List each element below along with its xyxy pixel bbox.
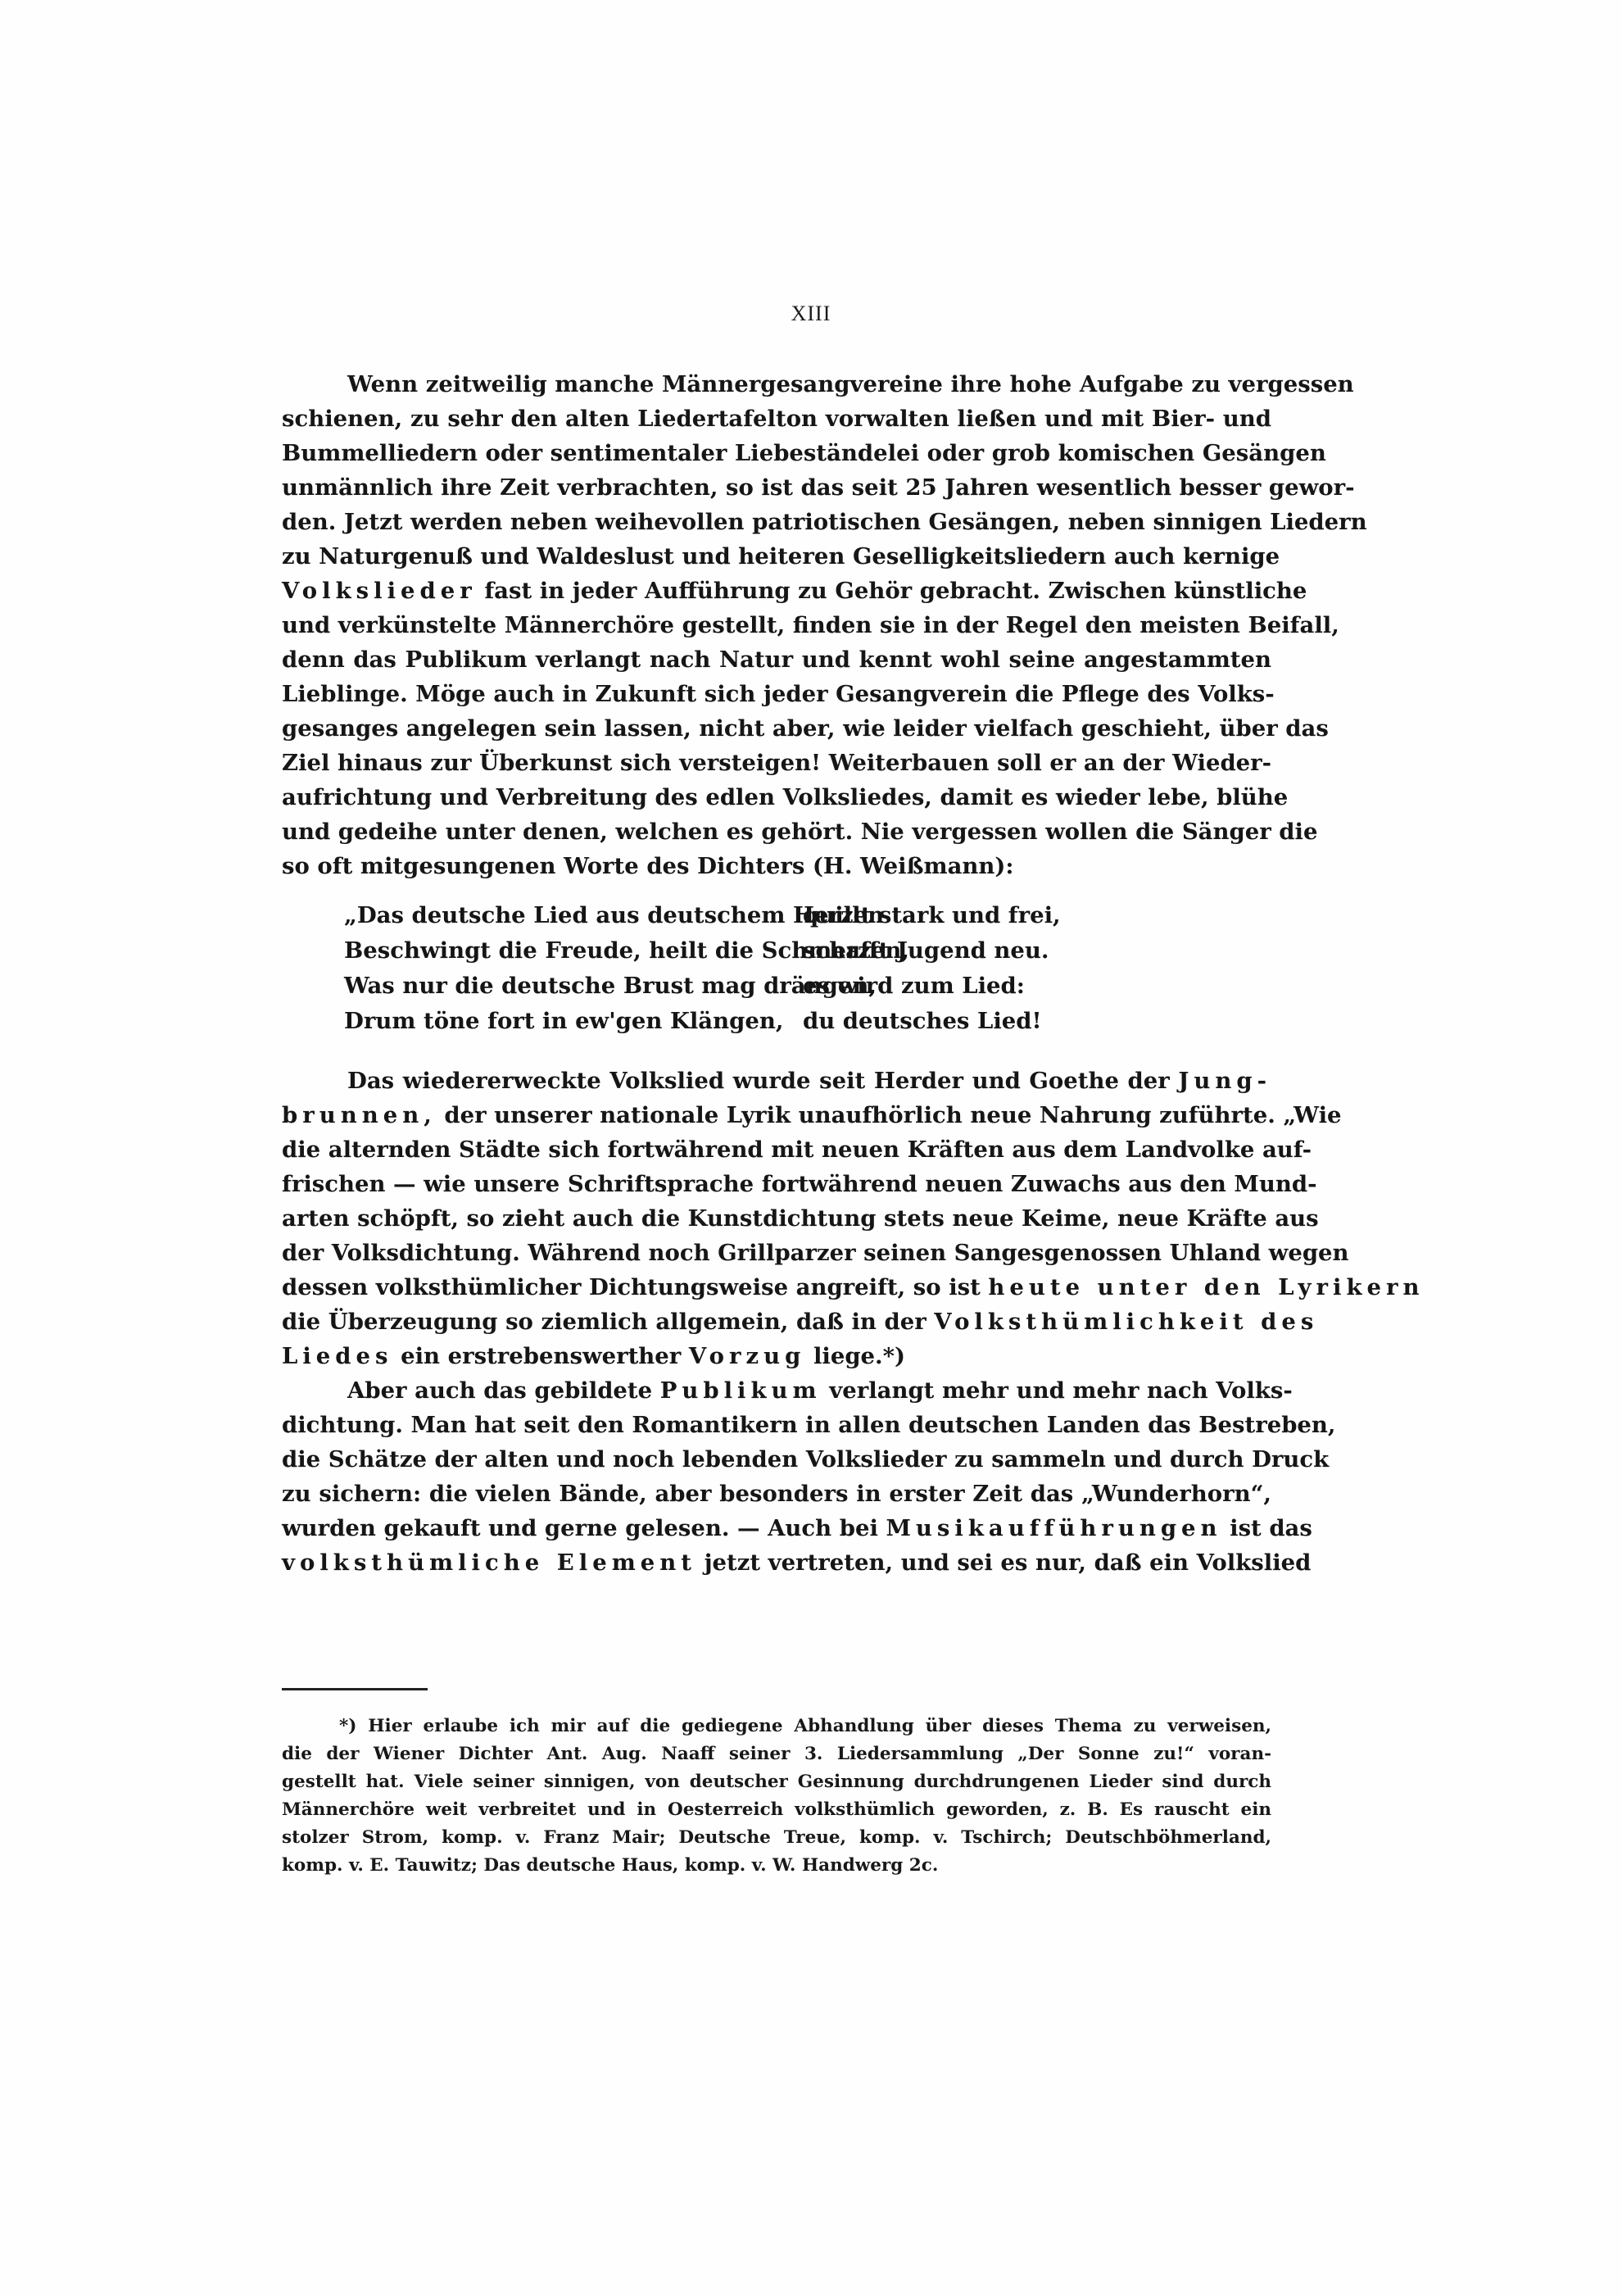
text-span: dessen volksthümlicher Dichtungsweise an… [282, 1274, 981, 1300]
footnote-line: stolzer Strom, komp. v. Franz Mair; Deut… [282, 1824, 1271, 1852]
emphasized-word: Liedes [282, 1343, 393, 1369]
main-text: Wenn zeitweilig manche Männergesangverei… [282, 367, 1271, 1580]
text-line: Bummelliedern oder sentimentaler Liebest… [282, 436, 1271, 470]
poem-line-first-half: Was nur die deutsche Brust mag drängen, [344, 969, 803, 1004]
text-line: Das wiedererweckte Volkslied wurde seit … [282, 1064, 1271, 1098]
text-line: frischen — wie unsere Schriftsprache for… [282, 1167, 1271, 1201]
text-span: ist das [1230, 1515, 1312, 1541]
emphasized-word: Volksthümlichkeit des [934, 1309, 1318, 1335]
text-line: denn das Publikum verlangt nach Natur un… [282, 642, 1271, 677]
poem-line-first-half: Beschwingt die Freude, heilt die Schmerz… [344, 933, 803, 969]
text-line: Wenn zeitweilig manche Männergesangverei… [282, 367, 1271, 402]
text-line: Aber auch das gebildete Publikum verlang… [282, 1373, 1271, 1408]
text-line: und verkünstelte Männerchöre gestellt, f… [282, 608, 1271, 642]
footnote-line: gestellt hat. Viele seiner sinnigen, von… [282, 1768, 1271, 1796]
poem-line: Beschwingt die Freude, heilt die Schmerz… [344, 933, 1271, 969]
text-span: Das wiedererweckte Volkslied wurde seit … [347, 1068, 1170, 1094]
footnote-reference: liege.*) [813, 1343, 905, 1369]
text-line: Ziel hinaus zur Überkunst sich versteige… [282, 746, 1271, 780]
poem-line: „Das deutsche Lied aus deutschem Herzen … [344, 898, 1271, 933]
spacer [282, 1039, 1271, 1064]
text-span: der unserer nationale Lyrik unaufhörlich… [444, 1102, 1341, 1128]
poem-line: Was nur die deutsche Brust mag drängen, … [344, 969, 1271, 1004]
poem-line-second-half: du deutsches Lied! [803, 1004, 1042, 1039]
text-line: volksthümliche Element jetzt vertreten, … [282, 1545, 1271, 1580]
text-line: gesanges angelegen sein lassen, nicht ab… [282, 711, 1271, 746]
book-page: XIII Wenn zeitweilig manche Männergesang… [0, 0, 1622, 2296]
emphasized-word: Volkslieder [282, 578, 477, 604]
text-line: der Volksdichtung. Während noch Grillpar… [282, 1236, 1271, 1270]
emphasized-word: brunnen, [282, 1102, 437, 1128]
footnote-divider [282, 1688, 428, 1690]
footnote-line: komp. v. E. Tauwitz; Das deutsche Haus, … [282, 1852, 1271, 1880]
text-line: schienen, zu sehr den alten Liedertafelt… [282, 402, 1271, 436]
text-line: unmännlich ihre Zeit verbrachten, so ist… [282, 470, 1271, 505]
poem-line-second-half: schafft Jugend neu. [803, 933, 1049, 969]
text-span: ein erstrebenswerther [401, 1343, 681, 1369]
emphasized-word: volksthümliche Element [282, 1550, 696, 1576]
text-line: und gedeihe unter denen, welchen es gehö… [282, 814, 1271, 849]
page-number: XIII [0, 302, 1622, 326]
text-span: fast in jeder Aufführung zu Gehör gebrac… [484, 578, 1307, 604]
poem-line: Drum töne fort in ew'gen Klängen, du deu… [344, 1004, 1271, 1039]
text-span: Aber auch das gebildete [347, 1377, 652, 1404]
text-line: so oft mitgesungenen Worte des Dichters … [282, 849, 1271, 883]
text-span: wurden gekauft und gerne gelesen. — Auch… [282, 1515, 878, 1541]
text-line: Lieblinge. Möge auch in Zukunft sich jed… [282, 677, 1271, 711]
emphasized-word: Publikum [660, 1377, 822, 1404]
text-line: zu Naturgenuß und Waldeslust und heitere… [282, 539, 1271, 574]
text-line: brunnen, der unserer nationale Lyrik una… [282, 1098, 1271, 1132]
poem-quote: „Das deutsche Lied aus deutschem Herzen … [344, 898, 1271, 1039]
text-line: wurden gekauft und gerne gelesen. — Auch… [282, 1511, 1271, 1545]
footnote-line: *) Hier erlaube ich mir auf die gediegen… [282, 1713, 1271, 1740]
text-line: den. Jetzt werden neben weihevollen patr… [282, 505, 1271, 539]
text-line: dessen volksthümlicher Dichtungsweise an… [282, 1270, 1271, 1305]
text-line: die Schätze der alten und noch lebenden … [282, 1442, 1271, 1477]
text-line: die Überzeugung so ziemlich allgemein, d… [282, 1305, 1271, 1339]
poem-line-first-half: „Das deutsche Lied aus deutschem Herzen [344, 898, 803, 933]
text-span: verlangt mehr und mehr nach Volks- [829, 1377, 1293, 1404]
emphasized-word: Jung- [1178, 1068, 1271, 1094]
footnote: *) Hier erlaube ich mir auf die gediegen… [282, 1713, 1271, 1880]
poem-line-second-half: quillt stark und frei, [803, 898, 1061, 933]
text-span: jetzt vertreten, und sei es nur, daß ein… [705, 1550, 1312, 1576]
text-line: arten schöpft, so zieht auch die Kunstdi… [282, 1201, 1271, 1236]
text-line: zu sichern: die vielen Bände, aber beson… [282, 1477, 1271, 1511]
emphasized-word: Musikaufführungen [886, 1515, 1221, 1541]
emphasized-word: heute unter den Lyrikern [988, 1274, 1424, 1300]
poem-line-second-half: es wird zum Lied: [803, 969, 1025, 1004]
footnote-line: Männerchöre weit verbreitet und in Oeste… [282, 1796, 1271, 1824]
text-line: Volkslieder fast in jeder Aufführung zu … [282, 574, 1271, 608]
spacer [282, 883, 1271, 898]
text-line: die alternden Städte sich fortwährend mi… [282, 1132, 1271, 1167]
text-span: die Überzeugung so ziemlich allgemein, d… [282, 1309, 927, 1335]
poem-line-first-half: Drum töne fort in ew'gen Klängen, [344, 1004, 803, 1039]
text-line: aufrichtung und Verbreitung des edlen Vo… [282, 780, 1271, 814]
text-line: Liedes ein erstrebenswerther Vorzug lieg… [282, 1339, 1271, 1373]
text-line: dichtung. Man hat seit den Romantikern i… [282, 1408, 1271, 1442]
emphasized-word: Vorzug [689, 1343, 805, 1369]
footnote-line: die der Wiener Dichter Ant. Aug. Naaff s… [282, 1740, 1271, 1768]
